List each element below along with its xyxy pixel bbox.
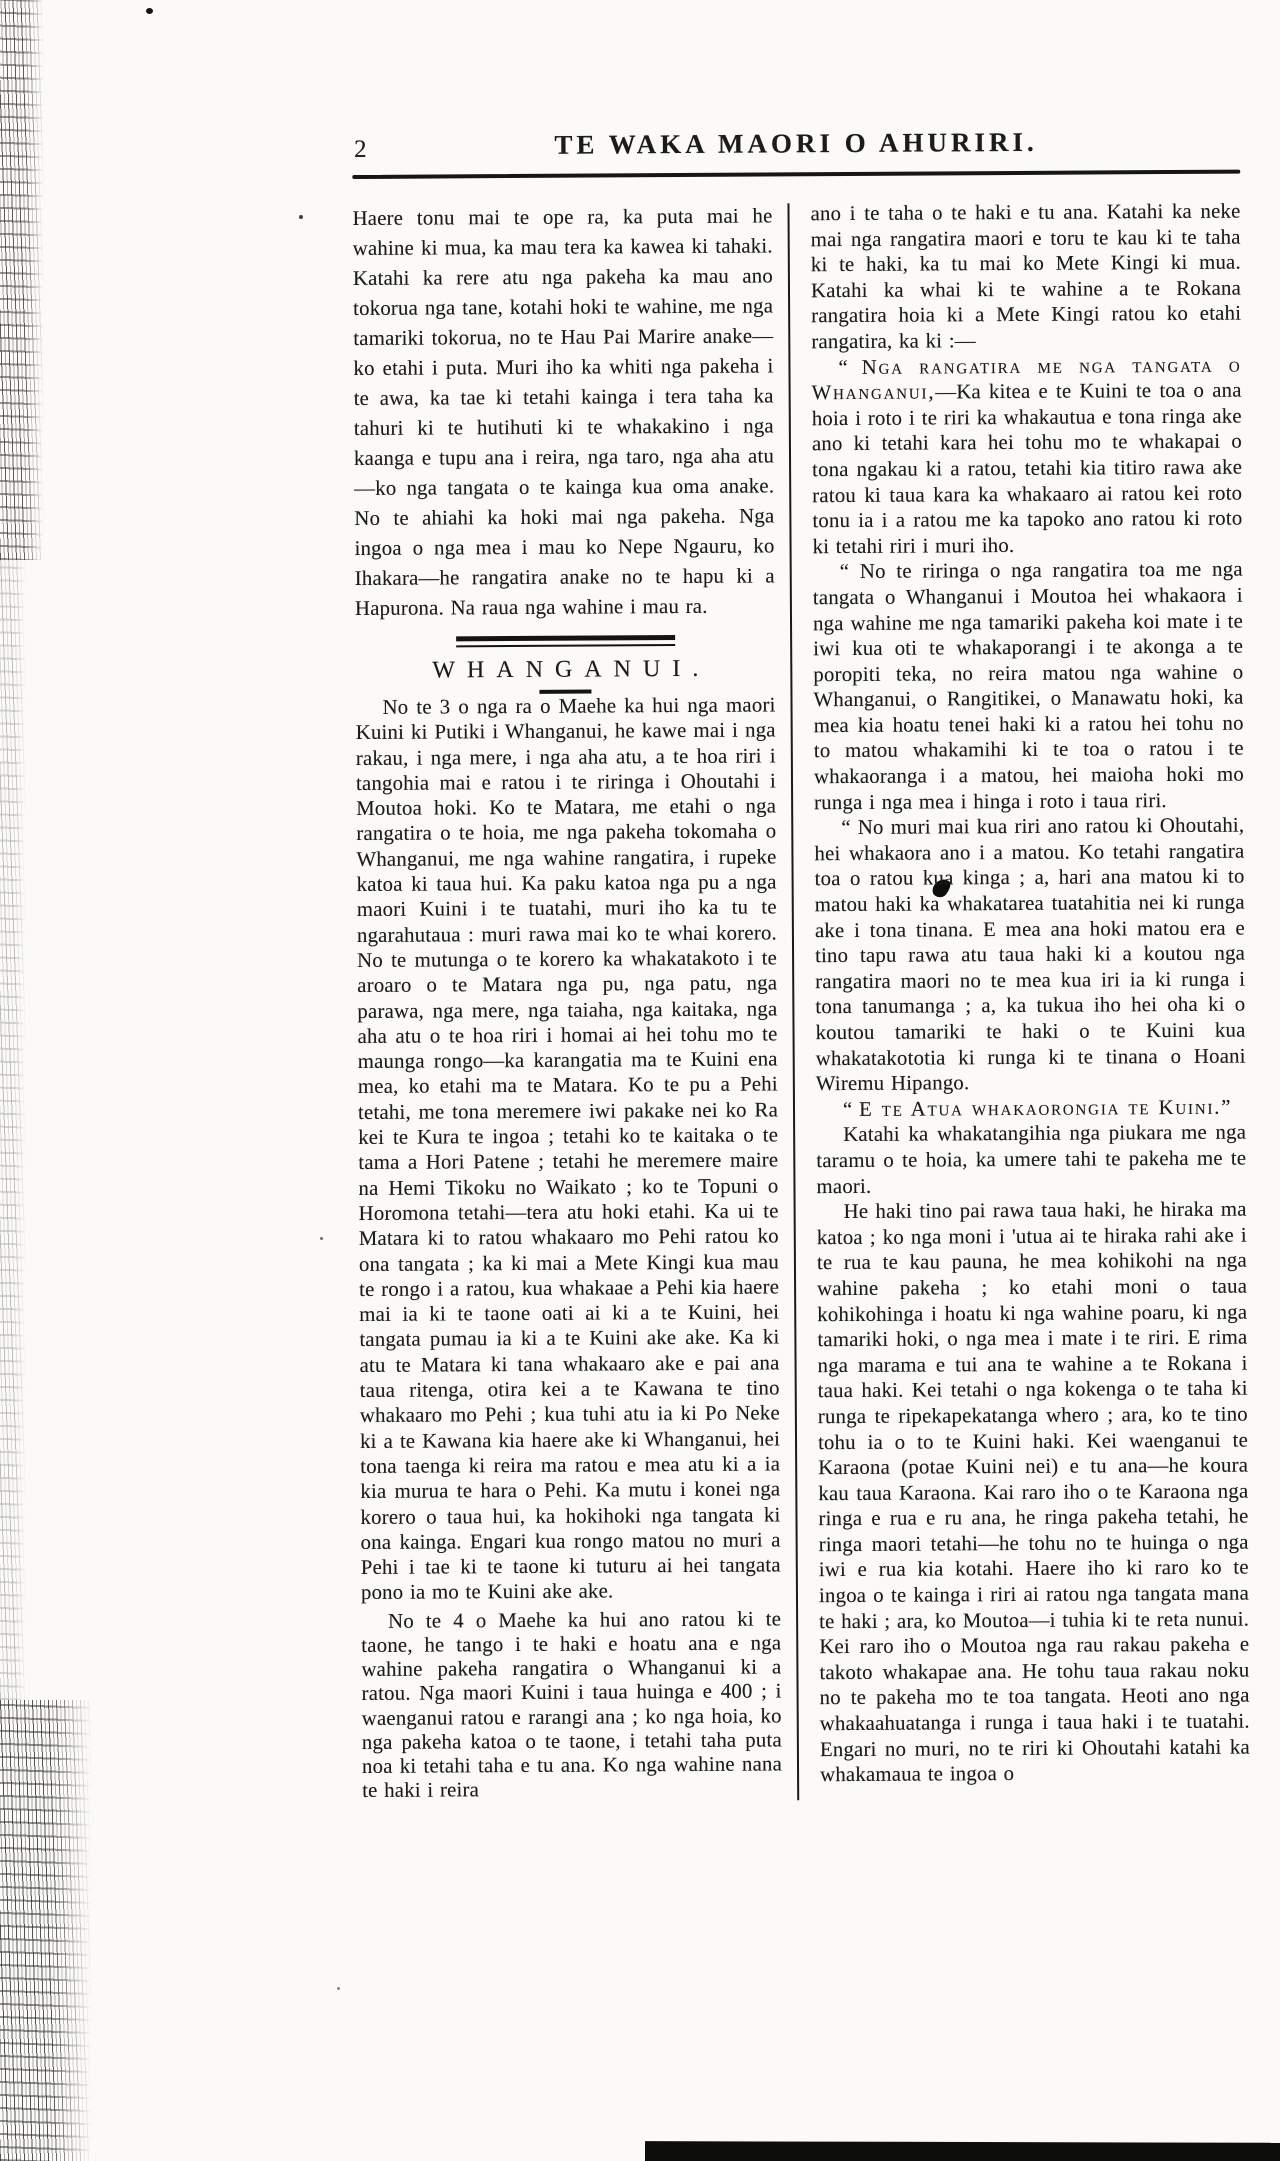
page-content: 2 TE WAKA MAORI O AHURIRI. Haere tonu ma… bbox=[352, 123, 1250, 1804]
masthead: 2 TE WAKA MAORI O AHURIRI. bbox=[352, 123, 1240, 170]
quote-text: No muri mai kua riri ano ratou ki Ohouta… bbox=[814, 814, 1245, 1096]
two-column-text-block: Haere tonu mai te ope ra, ka puta mai he… bbox=[352, 199, 1250, 1804]
quote-text: —Ka kitea e te Kuini te toa o ana hoia i… bbox=[812, 379, 1243, 558]
ink-speck bbox=[337, 1987, 340, 1990]
article-paragraph-continuation: ano i te taha o te haki e tu ana. Katahi… bbox=[810, 199, 1241, 355]
scan-edge-streaks-top bbox=[0, 0, 44, 560]
ink-speck bbox=[299, 215, 303, 219]
scan-edge-streaks-middle bbox=[0, 560, 26, 1700]
open-quote-mark: “ bbox=[841, 816, 858, 839]
scan-bottom-edge-bar bbox=[645, 2141, 1280, 2161]
ink-speck bbox=[146, 8, 153, 14]
section-divider-double-rule bbox=[456, 635, 675, 647]
masthead-rule bbox=[352, 170, 1240, 179]
article-paragraph-band: Katahi ka whakatangihia nga piukara me n… bbox=[816, 1120, 1246, 1199]
prayer-smallcaps: E te Atua whakaorongia te Kuini. bbox=[859, 1095, 1221, 1120]
article-paragraph-continuation: Haere tonu mai te ope ra, ka puta mai he… bbox=[352, 201, 775, 624]
scan-edge-streaks-bottom bbox=[0, 1700, 92, 2161]
open-quote-mark: “ bbox=[838, 355, 861, 378]
article-paragraph-flag-description: He haki tino pai rawa taua haki, he hira… bbox=[817, 1197, 1251, 1788]
masthead-title: TE WAKA MAORI O AHURIRI. bbox=[352, 123, 1240, 164]
open-quote-mark: “ bbox=[843, 1098, 859, 1121]
article-paragraph-march-3: No te 3 o nga ra o Maehe ka hui nga maor… bbox=[355, 692, 781, 1605]
prayer-line: “ E te Atua whakaorongia te Kuini.” bbox=[816, 1094, 1246, 1122]
section-heading-whanganui: WHANGANUI. bbox=[355, 654, 775, 685]
right-column: ano i te taha o te haki e tu ana. Katahi… bbox=[810, 199, 1250, 1801]
page-number: 2 bbox=[354, 136, 367, 164]
quote-paragraph-address: “ Nga rangatira me nga tangata o Whangan… bbox=[811, 352, 1242, 559]
ink-speck bbox=[320, 1237, 323, 1240]
open-quote-mark: “ bbox=[840, 560, 860, 583]
newspaper-scan-page: 2 TE WAKA MAORI O AHURIRI. Haere tonu ma… bbox=[0, 0, 1280, 2161]
column-divider-rule bbox=[787, 203, 799, 1800]
quote-paragraph-ohoutahi: “ No muri mai kua riri ano ratou ki Ohou… bbox=[814, 813, 1246, 1097]
article-paragraph-march-4: No te 4 o Maehe ka hui ano ratou ki te t… bbox=[361, 1607, 782, 1803]
quote-paragraph-moutoa: “ No te riringa o nga rangatira toa me n… bbox=[813, 557, 1245, 816]
left-column: Haere tonu mai te ope ra, ka puta mai he… bbox=[352, 201, 782, 1803]
quote-text: No te riringa o nga rangatira toa me nga… bbox=[813, 558, 1244, 814]
close-quote-mark: ” bbox=[1221, 1095, 1231, 1118]
